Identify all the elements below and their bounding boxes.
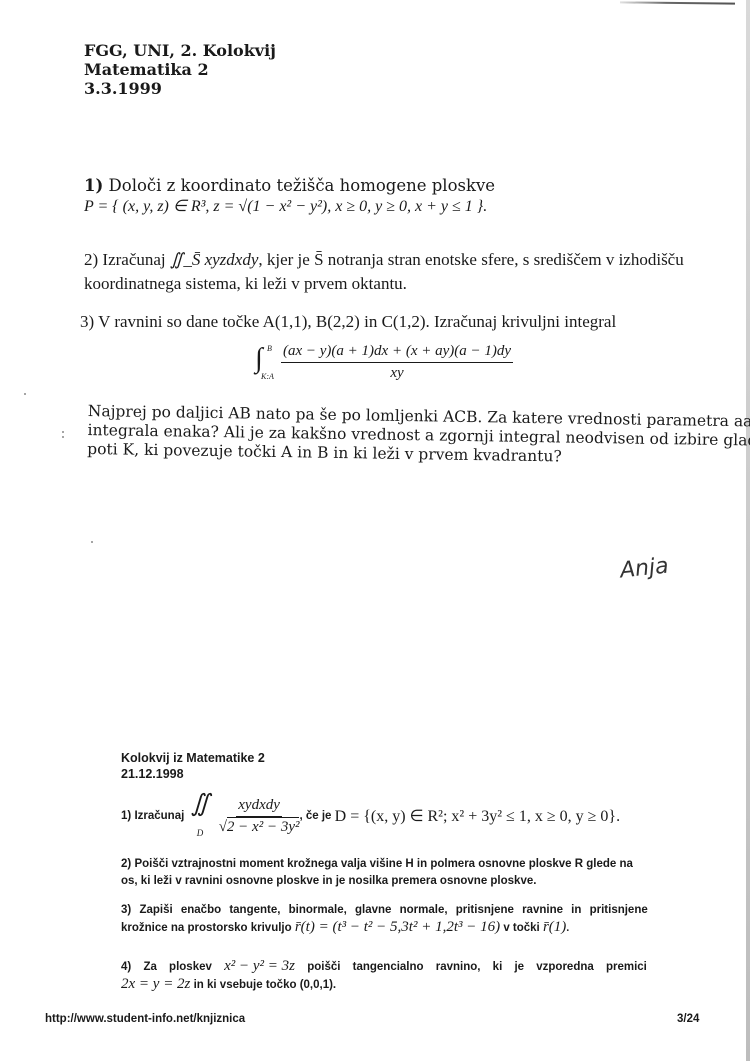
scan-artifact-line: [620, 1, 735, 4]
exam2-header: Kolokvij iz Matematike 2 21.12.1998: [121, 750, 265, 782]
integral-lower-limit: K:A: [261, 372, 274, 381]
exam1-header-date: 3.3.1999: [84, 79, 276, 98]
problem-formula: P = { (x, y, z) ∈ R³, z = √(1 − x² − y²)…: [84, 197, 495, 217]
exam2-problem-3: 3) Zapiši enačbo tangente, binormale, gl…: [121, 902, 648, 937]
integral-numerator: (ax − y)(a + 1)dx + (x + ay)(a − 1)dy: [281, 343, 513, 363]
problem-text-line2: koordinatnega sistema, ki leži v prvem o…: [84, 274, 684, 294]
exam2-problem-1: 1) Izračunaj ∬ D xydxdy √2 − x² − 3y² , …: [121, 796, 620, 836]
problem-number: 1): [84, 176, 103, 195]
problem-prefix: Izračunaj: [102, 250, 165, 269]
problem-number: 2): [84, 250, 98, 269]
footer-page-number: 3/24: [677, 1013, 699, 1025]
exam1-header-line1: FGG, UNI, 2. Kolokvij: [84, 41, 276, 60]
surface-integral: ∬_S̄ xyzdxdy: [170, 250, 258, 269]
curve-formula: r̄(t) = (t³ − t² − 5,3t² + 1,2t³ − 16): [295, 919, 500, 935]
integral-numerator: xydxdy: [236, 797, 282, 817]
handwritten-signature: Anja: [619, 554, 670, 584]
exam1-problem-3-followup: Najprej po daljici AB nato pa še po loml…: [87, 402, 750, 470]
scan-speck: [62, 436, 64, 438]
scan-edge: [746, 0, 750, 1061]
exam1-header: FGG, UNI, 2. Kolokvij Matematika 2 3.3.1…: [84, 41, 276, 98]
problem-number: 3): [80, 312, 94, 331]
problem-text: Poišči vztrajnostni moment krožnega valj…: [134, 858, 632, 870]
exam1-problem-2: 2) Izračunaj ∬_S̄ xyzdxdy, kjer je S̄ no…: [84, 250, 684, 294]
integral-denominator: 2 − x² − 3y²: [227, 817, 300, 835]
double-integral-sign: ∬ D: [191, 796, 219, 836]
problem-text: krožnice na prostorsko krivuljo: [121, 922, 292, 934]
integral-sign: ∫ B K:A: [255, 344, 281, 382]
problem-text: poišči tangencialno ravnino, ki je vzpor…: [307, 961, 647, 973]
exam2-header-title: Kolokvij iz Matematike 2: [121, 750, 265, 766]
exam2-problem-2: 2) Poišči vztrajnostni moment krožnega v…: [121, 856, 633, 890]
domain-formula: D = {(x, y) ∈ R²; x² + 3y² ≤ 1, x ≥ 0, y…: [335, 808, 620, 825]
point-formula: r̄(1).: [543, 919, 570, 935]
scan-speck: [91, 541, 93, 543]
problem-number: 1): [121, 808, 131, 825]
exam1-header-subject: Matematika 2: [84, 60, 276, 79]
exam2-problem-4: 4) Za ploskev x² − y² = 3z poišči tangen…: [121, 958, 647, 994]
problem-number: 3): [121, 904, 131, 916]
problem-number: 4): [121, 961, 131, 973]
exam1-problem-3: 3) V ravnini so dane točke A(1,1), B(2,2…: [80, 312, 616, 332]
problem-number: 2): [121, 858, 131, 870]
problem-text: Zapiši enačbo tangente, binormale, glavn…: [139, 904, 647, 916]
integral-upper-limit: B: [267, 344, 272, 353]
problem-text: in ki vsebuje točko (0,0,1).: [194, 979, 337, 991]
problem-text: os, ki leži v ravnini osnovne ploskve in…: [121, 873, 633, 890]
exam2-header-date: 21.12.1998: [121, 766, 265, 782]
problem-middle: , če je: [299, 808, 331, 825]
integral-domain: D: [197, 825, 204, 842]
scan-speck: [24, 393, 26, 395]
problem-prefix: Izračunaj: [134, 808, 184, 825]
footer-url: http://www.student-info.net/knjiznica: [45, 1013, 245, 1025]
problem-text: , kjer je S̄ notranja stran enotske sfer…: [258, 250, 683, 269]
exam1-problem-1: 1) Določi z koordinato težišča homogene …: [84, 176, 495, 217]
problem-text: v točki: [503, 922, 539, 934]
problem-text: V ravnini so dane točke A(1,1), B(2,2) i…: [98, 312, 616, 331]
problem-text: Za ploskev: [143, 961, 211, 973]
problem-text: Določi z koordinato težišča homogene plo…: [109, 176, 496, 195]
line-formula: 2x = y = 2z: [121, 976, 190, 992]
line-integral: ∫ B K:A (ax − y)(a + 1)dx + (x + ay)(a −…: [255, 343, 513, 382]
scan-speck: [62, 431, 64, 433]
surface-formula: x² − y² = 3z: [224, 958, 295, 974]
integral-denominator: xy: [390, 363, 403, 382]
